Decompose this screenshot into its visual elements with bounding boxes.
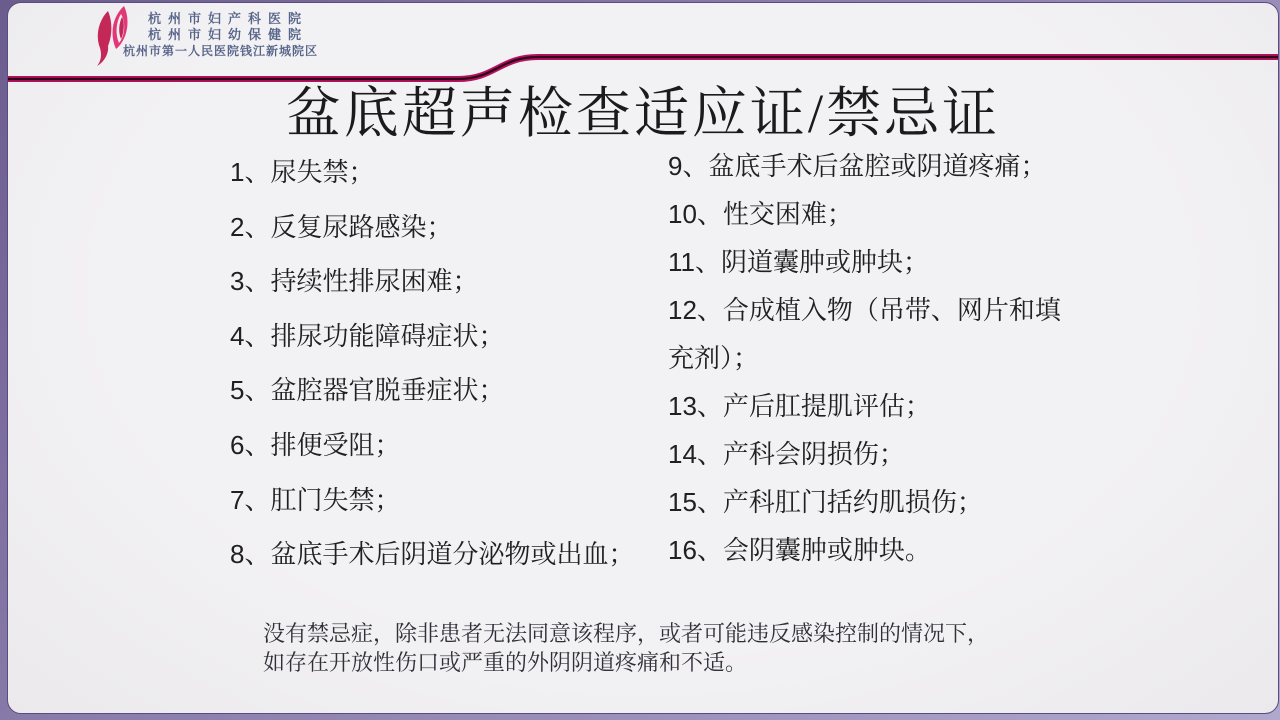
hospital-name-line3: 杭州市第一人民医院钱江新城院区 — [123, 44, 318, 58]
list-item-16: 16、会阴囊肿或肿块。 — [668, 526, 1068, 574]
list-item-3: 3、持续性排尿困难； — [230, 254, 662, 309]
list-item-11: 11、阴道囊肿或肿块； — [668, 238, 1068, 286]
list-item-14: 14、产科会阴损伤； — [668, 430, 1068, 478]
note-line1: 没有禁忌症，除非患者无法同意该程序，或者可能违反感染控制的情况下， — [263, 619, 1063, 648]
list-item-5: 5、盆腔器官脱垂症状； — [230, 363, 662, 418]
list-item-8: 8、盆底手术后阴道分泌物或出血； — [230, 527, 662, 582]
contraindication-note: 没有禁忌症，除非患者无法同意该程序，或者可能违反感染控制的情况下， 如存在开放性… — [263, 619, 1063, 677]
list-item-2: 2、反复尿路感染； — [230, 200, 662, 255]
list-item-7: 7、肛门失禁； — [230, 473, 662, 528]
indications-list-right: 9、盆底手术后盆腔或阴道疼痛； 10、性交困难； 11、阴道囊肿或肿块； 12、… — [668, 142, 1068, 574]
presentation-frame: { "header": { "logo_lines": [ "杭州市妇产科医院"… — [0, 0, 1280, 720]
indications-list-left: 1、尿失禁； 2、反复尿路感染； 3、持续性排尿困难； 4、排尿功能障碍症状； … — [230, 145, 662, 582]
list-item-10: 10、性交困难； — [668, 190, 1068, 238]
list-item-15: 15、产科肛门括约肌损伤； — [668, 478, 1068, 526]
slide-title: 盆底超声检查适应证/禁忌证 — [8, 69, 1278, 148]
list-item-6: 6、排便受阻； — [230, 418, 662, 473]
slide-canvas: 杭州市妇产科医院 杭州市妇幼保健院 杭州市第一人民医院钱江新城院区 盆底超声检查… — [7, 2, 1279, 714]
list-item-1: 1、尿失禁； — [230, 145, 662, 200]
list-item-9: 9、盆底手术后盆腔或阴道疼痛； — [668, 142, 1068, 190]
hospital-name-block: 杭州市妇产科医院 杭州市妇幼保健院 杭州市第一人民医院钱江新城院区 — [123, 11, 318, 58]
hospital-name-line1: 杭州市妇产科医院 — [148, 11, 318, 27]
note-line2: 如存在开放性伤口或严重的外阴阴道疼痛和不适。 — [263, 648, 1063, 677]
list-item-13: 13、产后肛提肌评估； — [668, 382, 1068, 430]
hospital-name-line2: 杭州市妇幼保健院 — [148, 27, 318, 43]
list-item-4: 4、排尿功能障碍症状； — [230, 309, 662, 364]
list-item-12: 12、合成植入物（吊带、网片和填充剂）； — [668, 286, 1068, 382]
